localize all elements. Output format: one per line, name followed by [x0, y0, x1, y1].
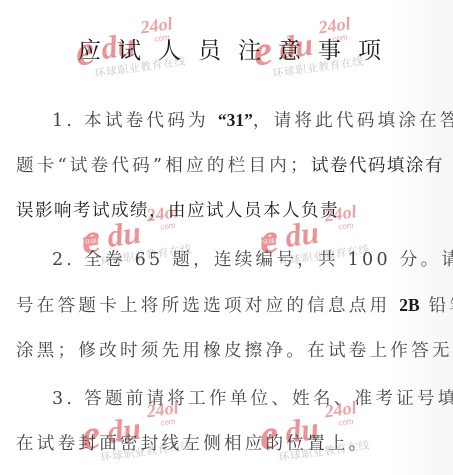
paragraph-2-line-1: 2. 全卷 65 题，连续编号，共 100 分。请按题 [52, 246, 453, 271]
pencil-grade: 2B [399, 295, 419, 315]
paragraph-1-line-2: 题卡“试卷代码”相应的栏目内；试卷代码填涂有 [16, 152, 444, 177]
text-segment: 3. 答题前请将工作单位、姓名、准考证号填写 [52, 389, 453, 409]
paragraph-2-line-3: 涂黑；修改时须先用橡皮擦净。在试卷上作答无效。 [16, 337, 453, 362]
paragraph-1-line-3: 误影响考试成绩，由应试人员本人负责 [16, 197, 339, 222]
warning-text: 试卷代码填涂有 [311, 156, 444, 176]
text-segment: ，请将此代码填涂在答 [253, 111, 453, 131]
text-segment: 涂黑；修改时须先用橡皮擦净。在试卷上作答无效。 [16, 341, 453, 361]
warning-text: 误影响考试成绩，由应试人员本人负责 [16, 201, 339, 221]
page-title: 应试人员注意事项 [78, 32, 398, 65]
paragraph-1-line-1: 1. 本试卷代码为 “31”，请将此代码填涂在答 [52, 107, 453, 132]
text-segment: 题卡“试卷代码”相应的栏目内； [16, 156, 311, 176]
text-segment: 1. 本试卷代码为 [52, 111, 218, 131]
paragraph-2-line-2: 号在答题卡上将所选选项对应的信息点用 2B 铅笔 [16, 292, 453, 317]
text-segment: 2. 全卷 65 题，连续编号，共 100 分。请按题 [52, 250, 453, 270]
text-segment: 号在答题卡上将所选选项对应的信息点用 [16, 296, 399, 316]
paragraph-3-line-2: 在试卷封面密封线左侧相应的位置上。 [16, 430, 370, 455]
text-segment: 铅笔 [420, 296, 453, 316]
exam-notice-page: 应试人员注意事项 1. 本试卷代码为 “31”，请将此代码填涂在答 题卡“试卷代… [0, 0, 453, 475]
text-segment: 在试卷封面密封线左侧相应的位置上。 [16, 434, 370, 454]
paper-code: “31” [218, 110, 253, 130]
paragraph-3-line-1: 3. 答题前请将工作单位、姓名、准考证号填写 [52, 385, 453, 410]
